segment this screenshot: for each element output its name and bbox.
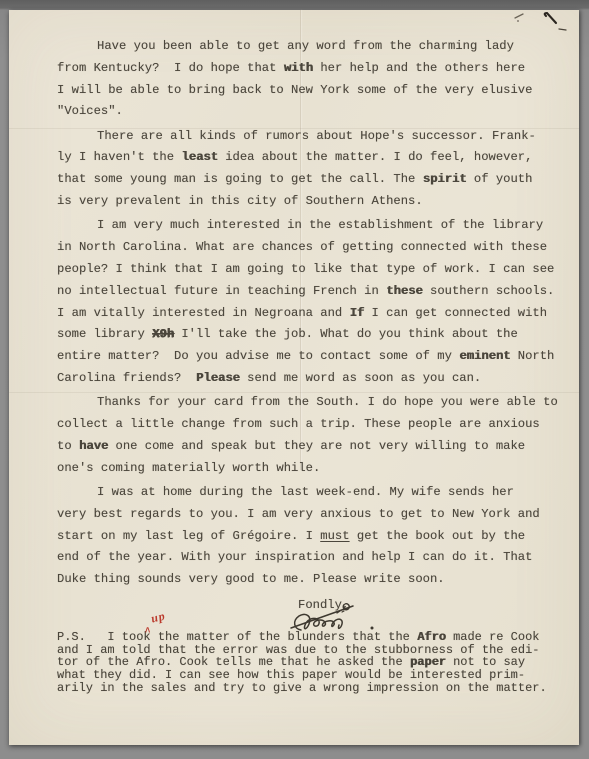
paragraph: Have you been able to get any word from … (57, 36, 569, 123)
paragraph: Thanks for your card from the South. I d… (57, 392, 569, 479)
typed-line: in North Carolina. What are chances of g… (57, 237, 569, 259)
typed-line: Duke thing sounds very good to me. Pleas… (57, 569, 569, 591)
typed-line: that some young man is going to get the … (57, 169, 569, 191)
typed-line: no intellectual future in teaching Frenc… (57, 281, 569, 303)
postscript: P.S. I took the matter of the blunders t… (57, 631, 567, 694)
typed-line: one's coming materially worth while. (57, 458, 569, 480)
paragraph: I am very much interested in the establi… (57, 215, 569, 389)
typed-line: I am vitally interested in Negroana and … (57, 303, 569, 325)
typed-line: Have you been able to get any word from … (57, 36, 569, 58)
typed-line: "Voices". (57, 101, 569, 123)
letter-paper: Have you been able to get any word from … (9, 10, 579, 745)
handwritten-insertion: up (149, 608, 167, 626)
typed-line: from Kentucky? I do hope that with her h… (57, 58, 569, 80)
typed-line: start on my last leg of Grégoire. I must… (57, 526, 569, 548)
typed-line: to have one come and speak but they are … (57, 436, 569, 458)
typed-line: ly I haven't the least idea about the ma… (57, 147, 569, 169)
typed-line: There are all kinds of rumors about Hope… (57, 126, 569, 148)
paragraph: I was at home during the last week-end. … (57, 482, 569, 591)
insertion-caret-icon: ^ (145, 627, 150, 640)
typed-line: end of the year. With your inspiration a… (57, 547, 569, 569)
typed-line: collect a little change from such a trip… (57, 414, 569, 436)
typed-line: very best regards to you. I am very anxi… (57, 504, 569, 526)
typed-line: Carolina friends? Please send me word as… (57, 368, 569, 390)
typed-line: some library X9h I'll take the job. What… (57, 324, 569, 346)
paragraph: There are all kinds of rumors about Hope… (57, 126, 569, 213)
typed-line: I was at home during the last week-end. … (57, 482, 569, 504)
typed-line: is very prevalent in this city of Southe… (57, 191, 569, 213)
letter-paragraphs: Have you been able to get any word from … (57, 36, 569, 591)
typed-line: entire matter? Do you advise me to conta… (57, 346, 569, 368)
letter-body: Have you been able to get any word from … (57, 36, 569, 593)
postscript-lines: P.S. I took the matter of the blunders t… (57, 631, 567, 694)
typed-line: people? I think that I am going to like … (57, 259, 569, 281)
typed-line: I will be able to bring back to New York… (57, 80, 569, 102)
postscript-line: arily in the sales and try to give a wro… (57, 682, 567, 695)
typed-line: Thanks for your card from the South. I d… (57, 392, 569, 414)
typed-line: I am very much interested in the establi… (57, 215, 569, 237)
